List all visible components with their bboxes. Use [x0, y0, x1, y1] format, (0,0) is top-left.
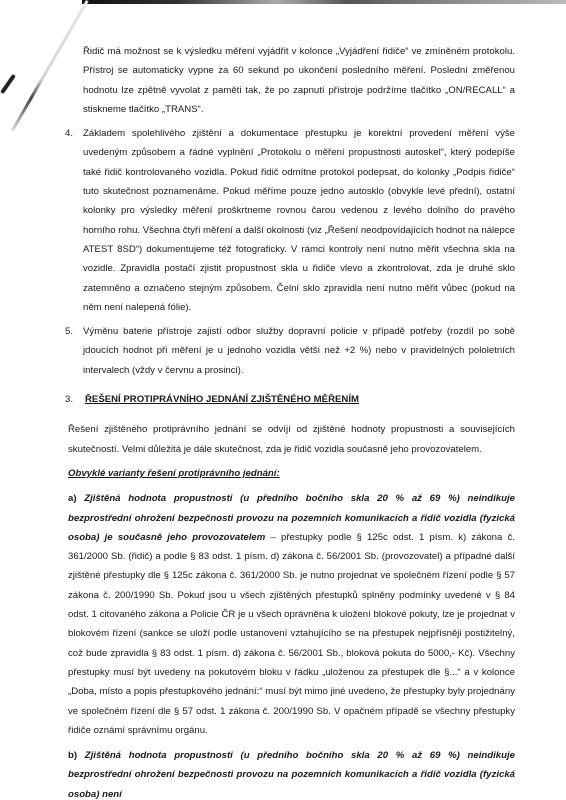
case-b-paragraph: b) Zjištěná hodnota propustnosti (u před… — [68, 746, 515, 800]
case-emphasis: Zjištěná hodnota propustnosti (u předníh… — [68, 750, 515, 800]
subheading: Obvyklé varianty řešení protiprávního je… — [68, 464, 515, 483]
section-number: 3. — [65, 390, 73, 409]
list-number: 4. — [65, 124, 73, 143]
scan-mark — [0, 74, 16, 94]
case-label: b) — [68, 750, 77, 761]
scan-shadow-top — [82, 0, 566, 4]
case-text: – přestupky podle § 125c odst. 1 písm. k… — [68, 532, 515, 736]
list-item-text: Základem spolehlivého zjištění a dokumen… — [83, 128, 515, 313]
case-a-paragraph: a) Zjištěná hodnota propustnosti (u před… — [68, 489, 515, 740]
list-item-text: Výměnu baterie přístroje zajistí odbor s… — [83, 326, 515, 376]
document-page: Řidič má možnost se k výsledku měření vy… — [68, 42, 515, 800]
section-heading: 3. ŘEŠENÍ PROTIPRÁVNÍHO JEDNÁNÍ ZJIŠTĚNÉ… — [68, 390, 515, 409]
section-paragraph: Řešení zjištěného protiprávního jednání … — [68, 420, 515, 459]
list-item-4: 4. Základem spolehlivého zjištění a doku… — [68, 124, 515, 317]
section-title: ŘEŠENÍ PROTIPRÁVNÍHO JEDNÁNÍ ZJIŠTĚNÉHO … — [85, 394, 359, 405]
list-number: 5. — [65, 322, 73, 341]
intro-paragraph: Řidič má možnost se k výsledku měření vy… — [68, 42, 515, 119]
case-label: a) — [68, 493, 77, 504]
list-item-5: 5. Výměnu baterie přístroje zajistí odbo… — [68, 322, 515, 380]
